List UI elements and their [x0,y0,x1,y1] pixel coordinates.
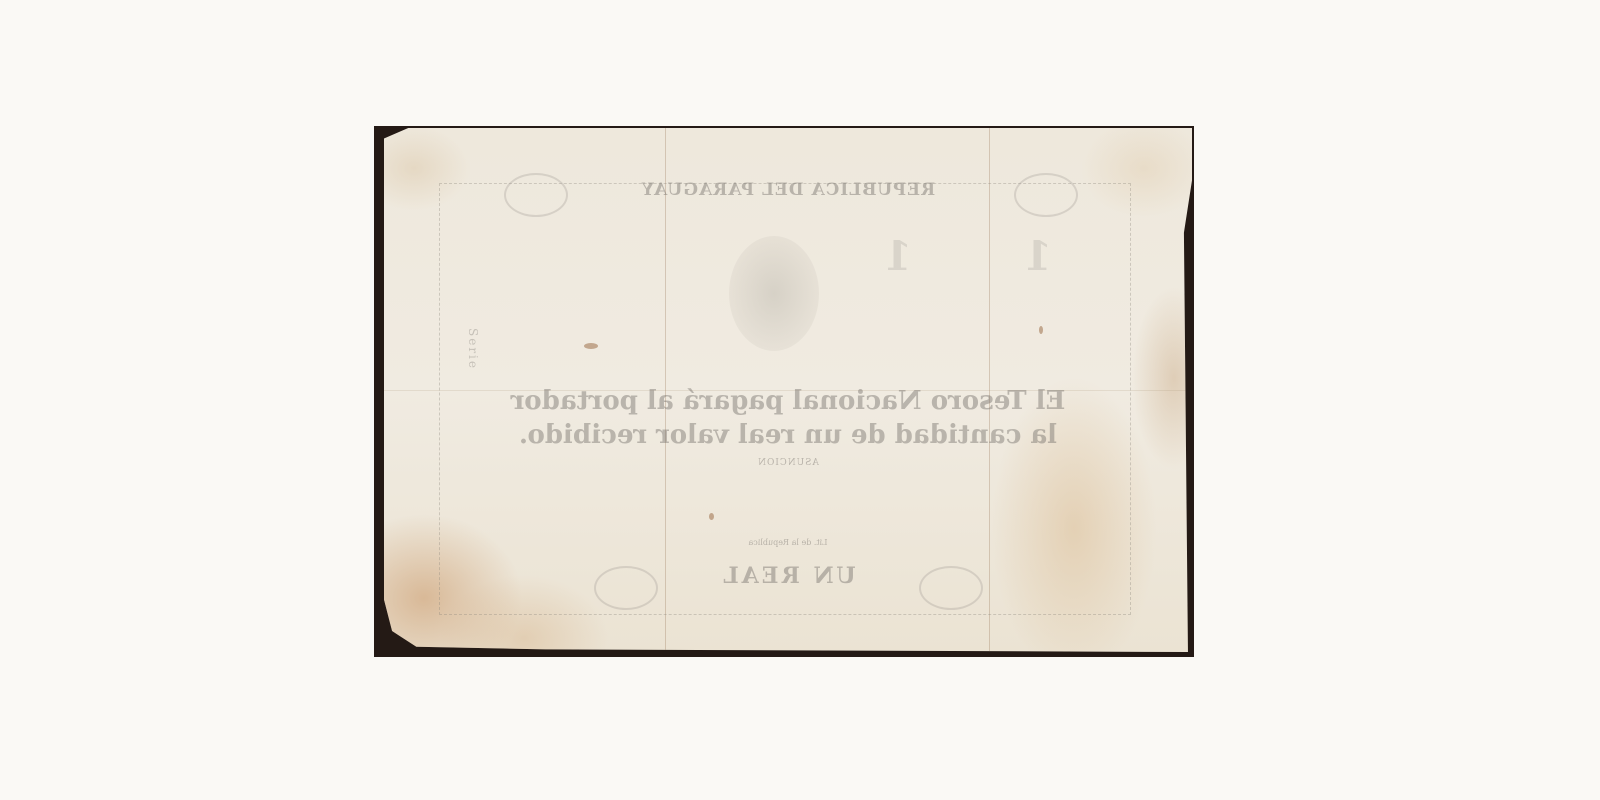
note-text-line-2: la cantidad de un real valor recibido. [384,420,1192,450]
banknote-paper: 1 1 Serie REPUBLICA DEL PARAGUAY El Teso… [384,128,1192,652]
denomination-numeral: 1 [884,233,912,280]
note-small-line: ASUNCION [384,458,1192,468]
side-text: Serie [466,328,480,370]
note-value: UN REAL [384,563,1192,589]
stain-spot [1039,326,1043,334]
oval-vignette [729,236,819,351]
note-value-caption: Lit. de la Republica [384,538,1192,547]
denomination-numeral: 1 [1024,233,1052,280]
note-text-line-1: El Tesoro Nacional pagará al portador [384,386,1192,416]
note-header: REPUBLICA DEL PARAGUAY [384,180,1192,200]
stain-spot [584,343,598,349]
stain-spot [709,513,714,520]
